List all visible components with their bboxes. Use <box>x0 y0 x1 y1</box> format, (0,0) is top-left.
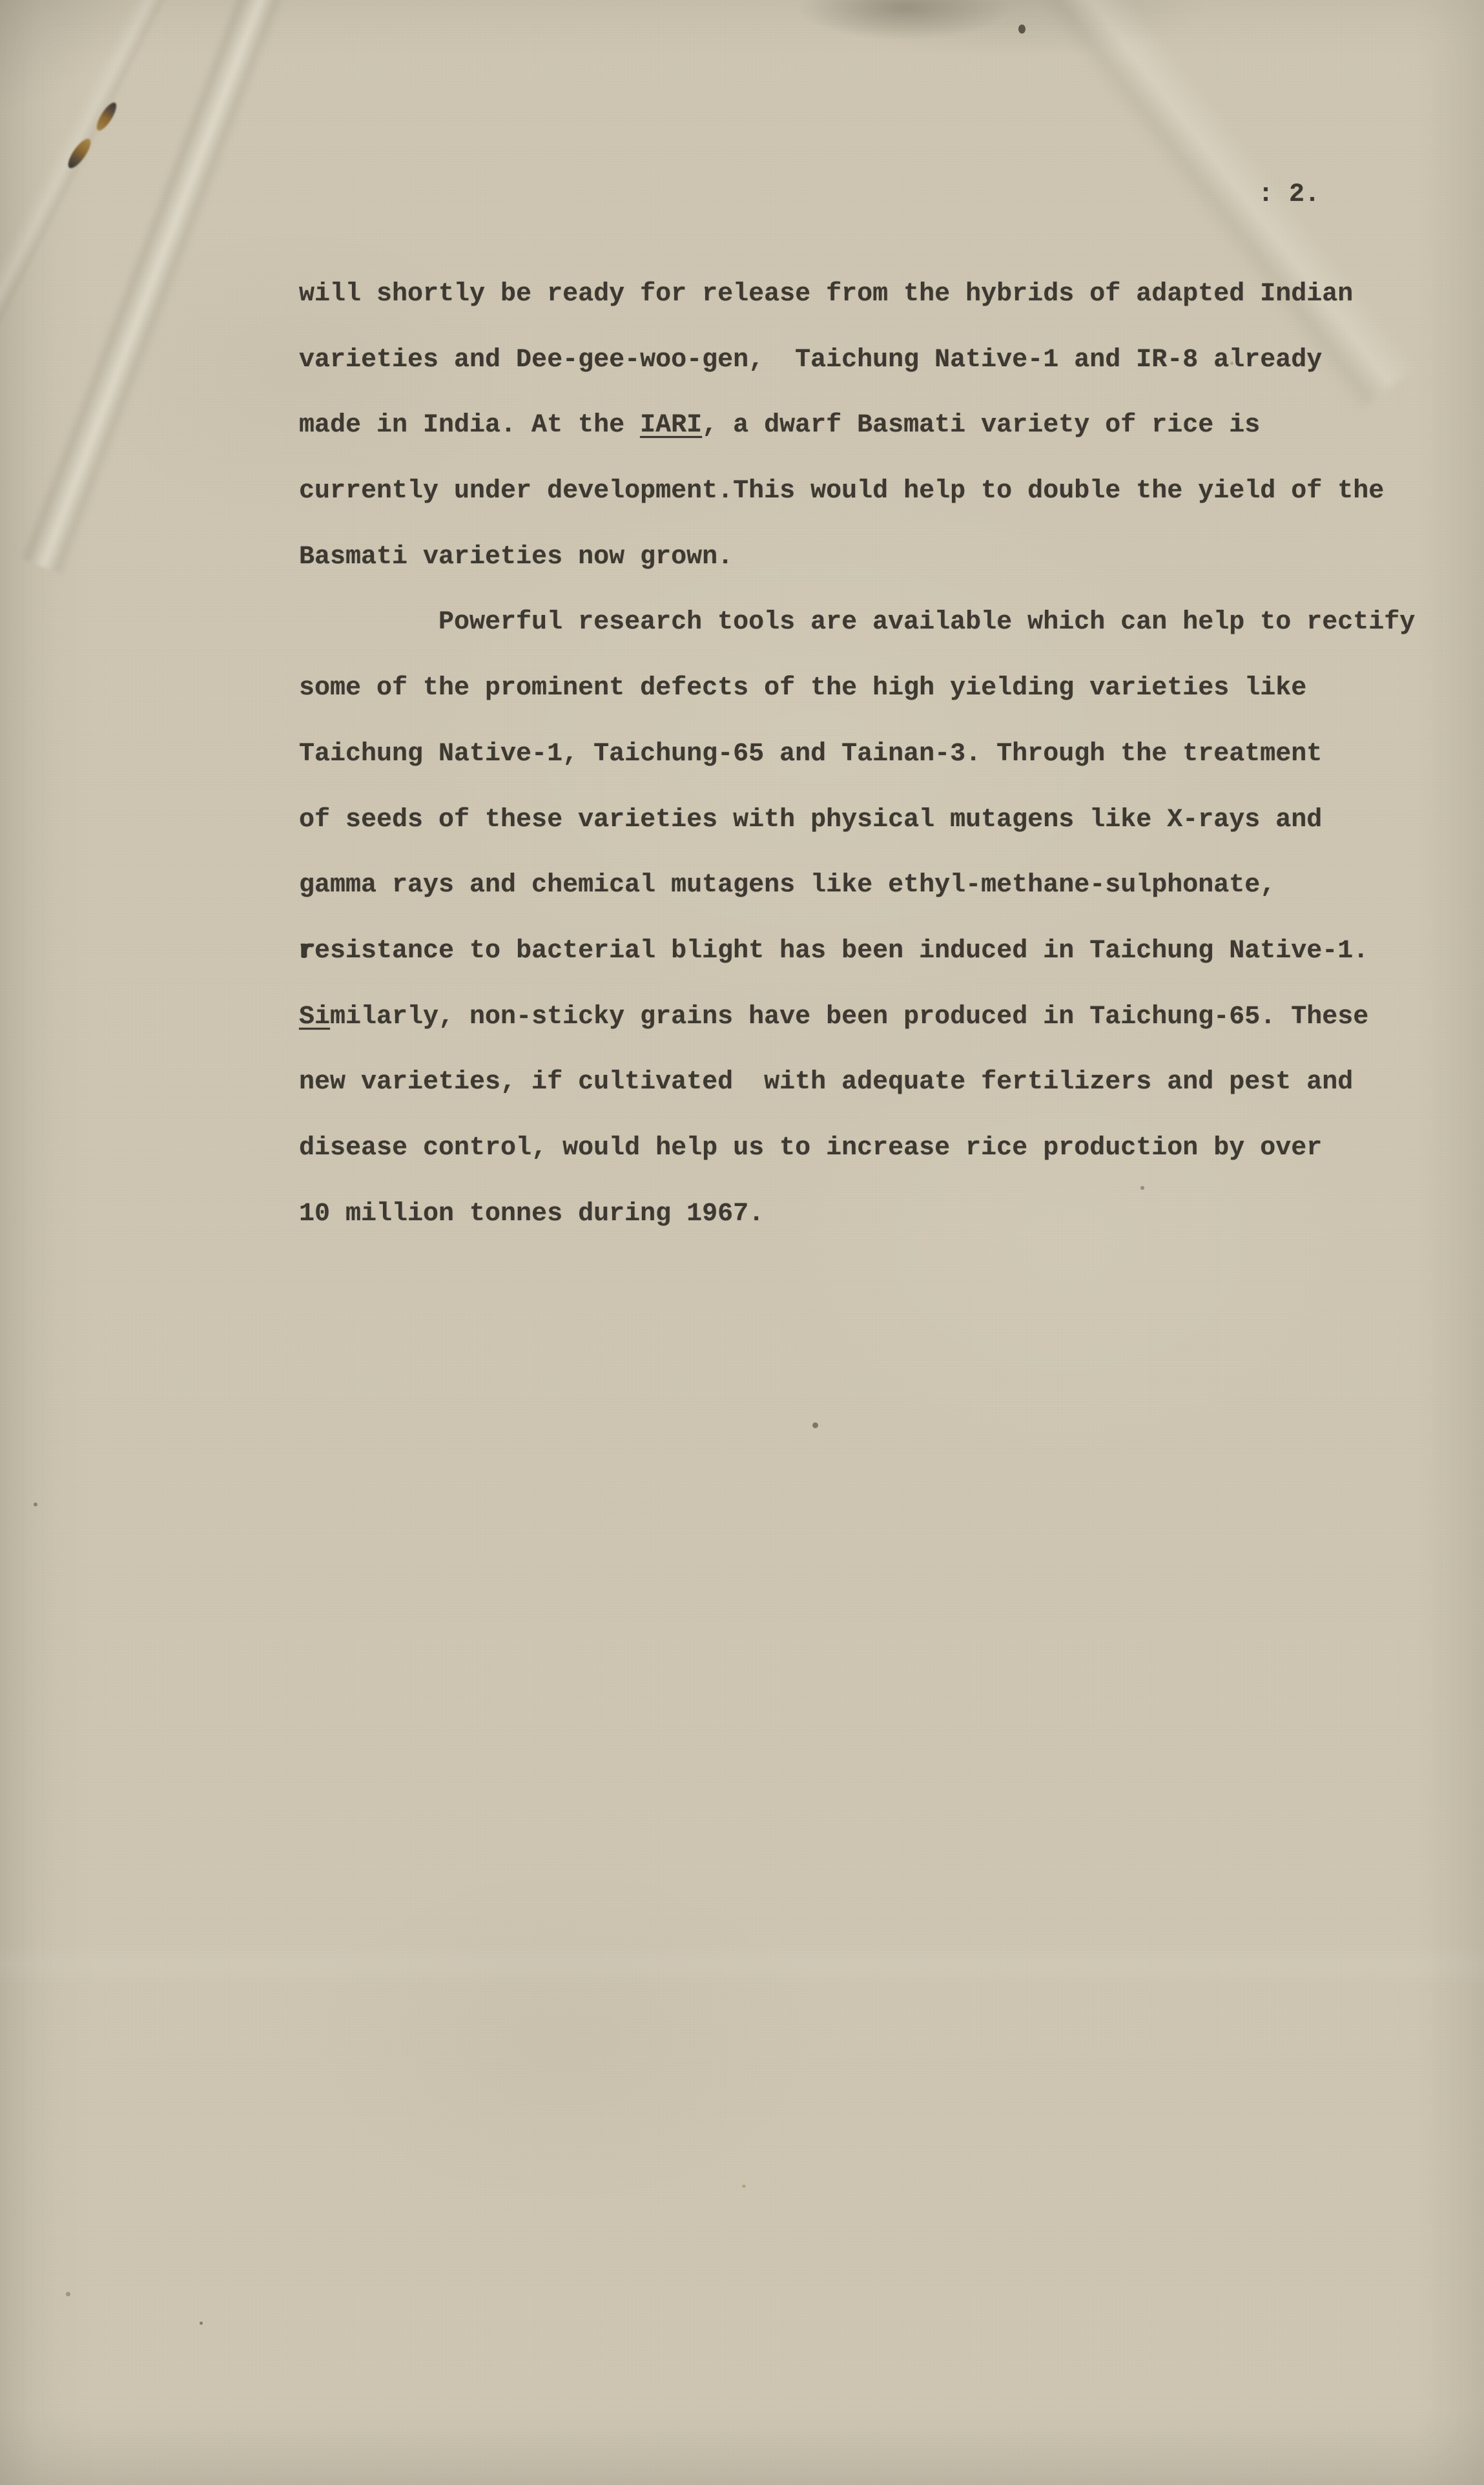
paper-speck <box>742 2185 746 2188</box>
typewritten-text-block: will shortly be ready for release from t… <box>299 262 1415 1247</box>
text-line: resistance to bacterial blight has been … <box>299 919 1415 984</box>
document-page: : 2. will shortly be ready for release f… <box>0 0 1484 2485</box>
text-line: disease control, would help us to increa… <box>299 1116 1415 1181</box>
page-number: : 2. <box>1258 181 1320 209</box>
line-text: new varieties, if cultivated with adequa… <box>299 1068 1353 1097</box>
paper-speck <box>200 2322 203 2325</box>
line-text: milarly, non-sticky grains have been pro… <box>330 1003 1368 1032</box>
line-text: Powerful research tools are available wh… <box>299 608 1415 637</box>
line-text: made in India. At the <box>299 411 640 440</box>
text-line: new varieties, if cultivated with adequa… <box>299 1050 1415 1116</box>
text-line: varieties and Dee-gee-woo-gen, Taichung … <box>299 328 1415 393</box>
line-text: resistance to bacterial blight has been … <box>299 937 1368 966</box>
line-text: gamma rays and chemical mutagens like et… <box>299 871 1275 900</box>
line-text: varieties and Dee-gee-woo-gen, Taichung … <box>299 346 1322 375</box>
text-line: Similarly, non-sticky grains have been p… <box>299 984 1415 1050</box>
line-text: some of the prominent defects of the hig… <box>299 674 1306 703</box>
text-line: gamma rays and chemical mutagens like et… <box>299 853 1415 919</box>
paper-speck <box>34 1502 37 1506</box>
paper-crease <box>18 0 296 576</box>
underlined-text: IARI <box>640 411 702 440</box>
paper-speck <box>66 2292 70 2296</box>
text-line: of seeds of these varieties with physica… <box>299 787 1415 853</box>
line-text: will shortly be ready for release from t… <box>299 280 1353 309</box>
line-text: Taichung Native-1, Taichung-65 and Taina… <box>299 740 1322 769</box>
rust-stain <box>94 100 120 133</box>
rust-stain <box>65 136 95 171</box>
text-line: Taichung Native-1, Taichung-65 and Taina… <box>299 722 1415 787</box>
line-text: of seeds of these varieties with physica… <box>299 806 1322 835</box>
text-line: Basmati varieties now grown. <box>299 525 1415 590</box>
line-text: , a dwarf Basmati variety of rice is <box>702 411 1260 440</box>
paper-speck <box>812 1422 818 1428</box>
text-line: will shortly be ready for release from t… <box>299 262 1415 328</box>
paper-speck <box>1018 25 1025 34</box>
text-line: Powerful research tools are available wh… <box>299 590 1415 656</box>
line-text: currently under development.This would h… <box>299 477 1384 506</box>
text-line: made in India. At the IARI, a dwarf Basm… <box>299 393 1415 459</box>
underlined-text: Si <box>299 1003 330 1032</box>
line-text: disease control, would help us to increa… <box>299 1134 1322 1163</box>
text-line: 10 million tonnes during 1967. <box>299 1181 1415 1247</box>
line-text: Basmati varieties now grown. <box>299 543 733 572</box>
text-line: some of the prominent defects of the hig… <box>299 656 1415 722</box>
line-text: 10 million tonnes during 1967. <box>299 1200 764 1229</box>
text-line: currently under development.This would h… <box>299 459 1415 525</box>
paper-crease <box>0 0 169 457</box>
